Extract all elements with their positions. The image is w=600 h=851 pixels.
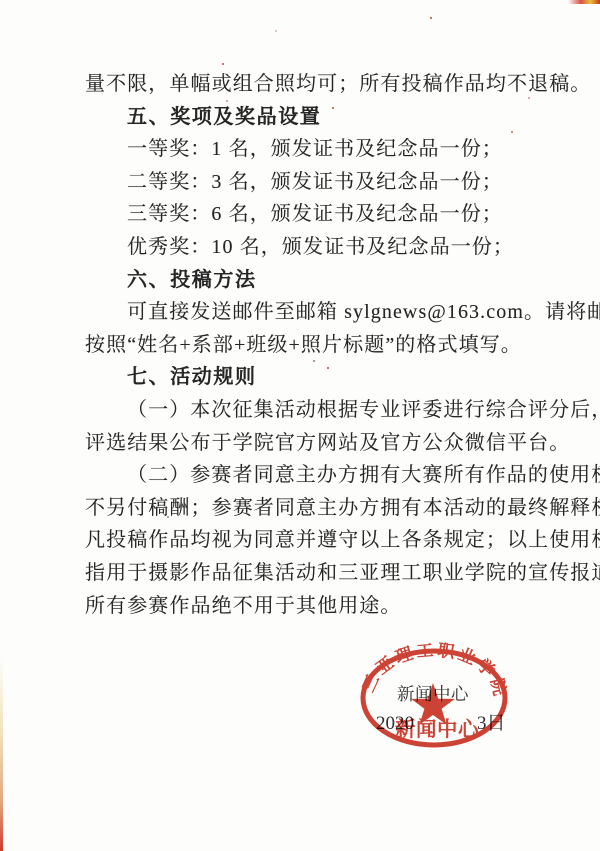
rules-line-2: 评选结果公布于学院官方网站及官方公众微信平台。 — [85, 427, 577, 460]
scanned-document-page: 量不限，单幅或组合照均可；所有投稿作品均不退稿。 五、奖项及奖品设置 一等奖：1… — [0, 0, 600, 851]
heading-submission: 六、投稿方法 — [85, 264, 577, 297]
rules-line-7: 所有参赛作品绝不用于其他用途。 — [85, 590, 577, 623]
rules-line-4: 不另付稿酬；参赛者同意主办方拥有本活动的最终解释权； — [85, 492, 577, 525]
rules-line-1: （一）本次征集活动根据专业评委进行综合评分后，将 — [85, 394, 577, 427]
heading-rules: 七、活动规则 — [85, 361, 577, 394]
scan-edge-artifact-left — [0, 658, 3, 851]
rules-line-5: 凡投稿作品均视为同意并遵守以上各条规定；以上使用权仅 — [85, 524, 577, 557]
seal-center-text: 新闻中心 — [395, 717, 480, 741]
official-seal: 三亚理工职业学院 新闻中心 — [359, 641, 511, 745]
heading-awards: 五、奖项及奖品设置 — [85, 101, 577, 134]
award-line-first: 一等奖：1 名，颁发证书及纪念品一份； — [85, 133, 577, 166]
document-body: 量不限，单幅或组合照均可；所有投稿作品均不退稿。 五、奖项及奖品设置 一等奖：1… — [85, 68, 577, 622]
scan-noise-specks — [222, 63, 224, 65]
submission-line-1: 可直接发送邮件至邮箱 sylgnews@163.com。请将邮件名 — [85, 296, 577, 329]
rules-line-6: 指用于摄影作品征集活动和三亚理工职业学院的宣传报道， — [85, 557, 577, 590]
signature-and-seal: 新闻中心 2020 3日 三亚理工职业学院 新闻中心 — [340, 625, 535, 780]
rules-line-3: （二）参赛者同意主办方拥有大赛所有作品的使用权， — [85, 459, 577, 492]
scan-edge-artifact-top — [568, 0, 600, 4]
award-line-second: 二等奖：3 名，颁发证书及纪念品一份； — [85, 166, 577, 199]
submission-line-2: 按照“姓名+系部+班级+照片标题”的格式填写。 — [85, 329, 577, 362]
text-line-continuation: 量不限，单幅或组合照均可；所有投稿作品均不退稿。 — [85, 68, 577, 101]
award-line-third: 三等奖：6 名，颁发证书及纪念品一份； — [85, 198, 577, 231]
award-line-merit: 优秀奖：10 名，颁发证书及纪念品一份； — [85, 231, 577, 264]
